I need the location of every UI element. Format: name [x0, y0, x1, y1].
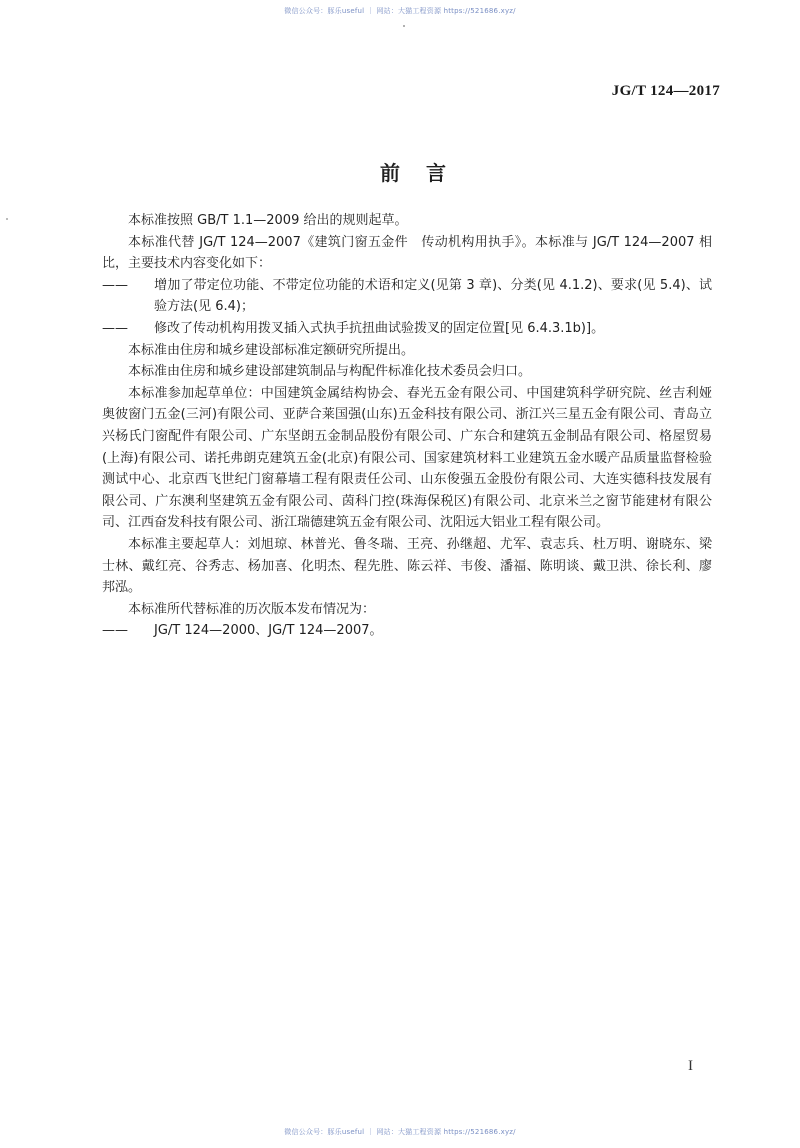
watermark-top: 微信公众号：豚乐useful ｜ 网站：大猫工程资源 https://52168… — [0, 6, 800, 16]
dash-marker: —— — [128, 620, 154, 642]
list-item-text: 增加了带定位功能、不带定位功能的术语和定义(见第 3 章)、分类(见 4.1.2… — [154, 278, 712, 315]
dash-marker: —— — [128, 275, 154, 297]
foreword-body: 本标准按照 GB/T 1.1—2009 给出的规则起草。 本标准代替 JG/T … — [102, 210, 712, 642]
dash-marker: —— — [128, 318, 154, 340]
list-item-text: JG/T 124—2000、JG/T 124—2007。 — [154, 623, 383, 638]
paragraph-drafters: 本标准主要起草人：刘旭琼、林普光、鲁冬瑞、王亮、孙继超、尤军、袁志兵、杜万明、谢… — [102, 534, 712, 599]
list-item-editions: ——JG/T 124—2000、JG/T 124—2007。 — [102, 620, 712, 642]
standard-code: JG/T 124—2017 — [612, 83, 720, 100]
paragraph-replaces: 本标准代替 JG/T 124—2007《建筑门窗五金件 传动机构用执手》。本标准… — [102, 232, 712, 275]
paragraph-under-jurisdiction: 本标准由住房和城乡建设部建筑制品与构配件标准化技术委员会归口。 — [102, 361, 712, 383]
watermark-bottom: 微信公众号：豚乐useful ｜ 网站：大猫工程资源 https://52168… — [0, 1127, 800, 1137]
paragraph-drafting-units: 本标准参加起草单位：中国建筑金属结构协会、春光五金有限公司、中国建筑科学研究院、… — [102, 383, 712, 534]
page-number: I — [688, 1058, 693, 1075]
scan-mark — [6, 218, 8, 220]
paragraph-drafting-rules: 本标准按照 GB/T 1.1—2009 给出的规则起草。 — [102, 210, 712, 232]
list-item-text: 修改了传动机构用拨叉插入式执手抗扭曲试验拨叉的固定位置[见 6.4.3.1b)]… — [154, 321, 604, 336]
decorative-dot — [403, 25, 405, 27]
list-item-change-2: ——修改了传动机构用拨叉插入式执手抗扭曲试验拨叉的固定位置[见 6.4.3.1b… — [102, 318, 712, 340]
paragraph-proposed-by: 本标准由住房和城乡建设部标准定额研究所提出。 — [102, 340, 712, 362]
paragraph-previous-editions: 本标准所代替标准的历次版本发布情况为： — [102, 599, 712, 621]
page-title: 前言 — [0, 157, 800, 186]
list-item-change-1: ——增加了带定位功能、不带定位功能的术语和定义(见第 3 章)、分类(见 4.1… — [102, 275, 712, 318]
